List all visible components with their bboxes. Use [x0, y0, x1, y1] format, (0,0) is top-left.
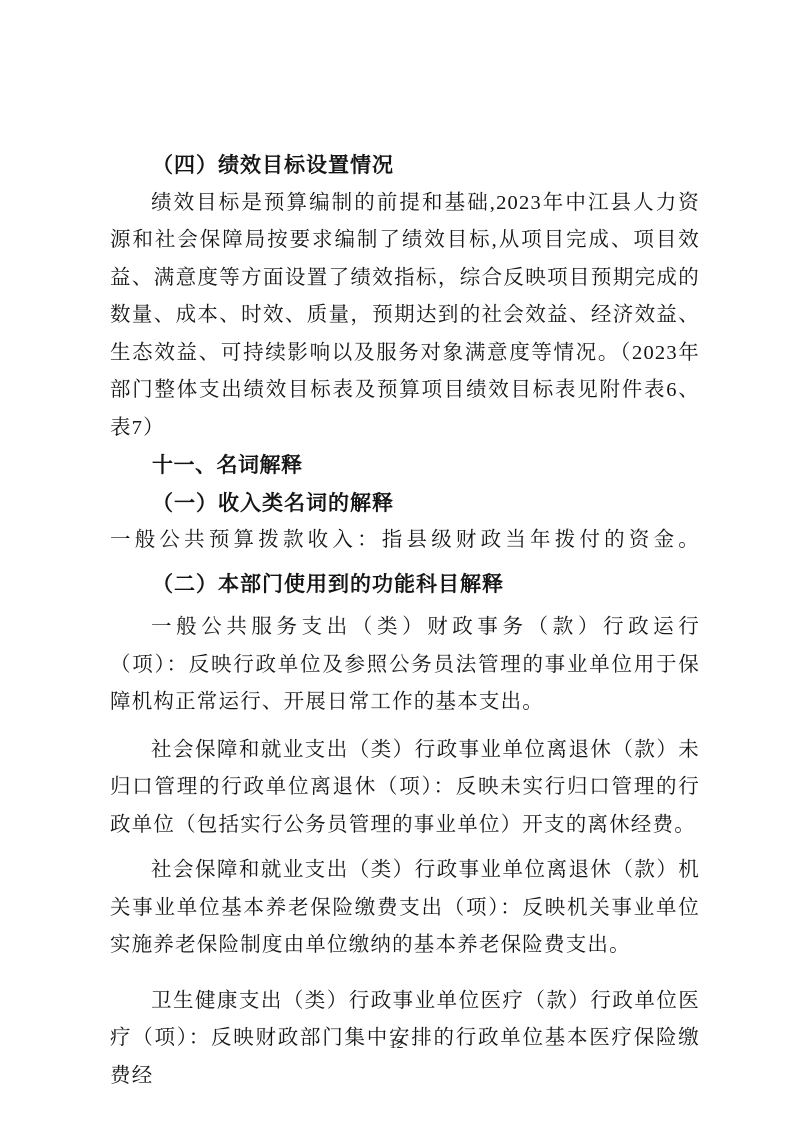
paragraph-general-public-service: 一般公共服务支出（类）财政事务（款）行政运行（项）：反映行政单位及参照公务员法管… [110, 609, 700, 722]
document-content: （四）绩效目标设置情况 绩效目标是预算编制的前提和基础,2023年中江县人力资源… [110, 147, 700, 1095]
paragraph-social-security-pension: 社会保障和就业支出（类）行政事业单位离退休（款）机关事业单位基本养老保险缴费支出… [110, 852, 700, 965]
paragraph-social-security-retirement: 社会保障和就业支出（类）行政事业单位离退休（款）未归口管理的行政单位离退休（项）… [110, 732, 700, 845]
section-heading-income-terms: （一）收入类名词的解释 [110, 485, 700, 523]
document-page: （四）绩效目标设置情况 绩效目标是预算编制的前提和基础,2023年中江县人力资源… [0, 0, 793, 1122]
page-number: 12 [0, 1037, 793, 1053]
section-heading-function-subjects: （二）本部门使用到的功能科目解释 [110, 566, 700, 604]
section-heading-performance-targets: （四）绩效目标设置情况 [110, 147, 700, 185]
paragraph-general-budget-income: 一般公共预算拨款收入：指县级财政当年拨付的资金。 [110, 522, 700, 560]
paragraph-performance-targets: 绩效目标是预算编制的前提和基础,2023年中江县人力资源和社会保障局按要求编制了… [110, 185, 700, 448]
section-heading-terminology: 十一、名词解释 [110, 447, 700, 485]
